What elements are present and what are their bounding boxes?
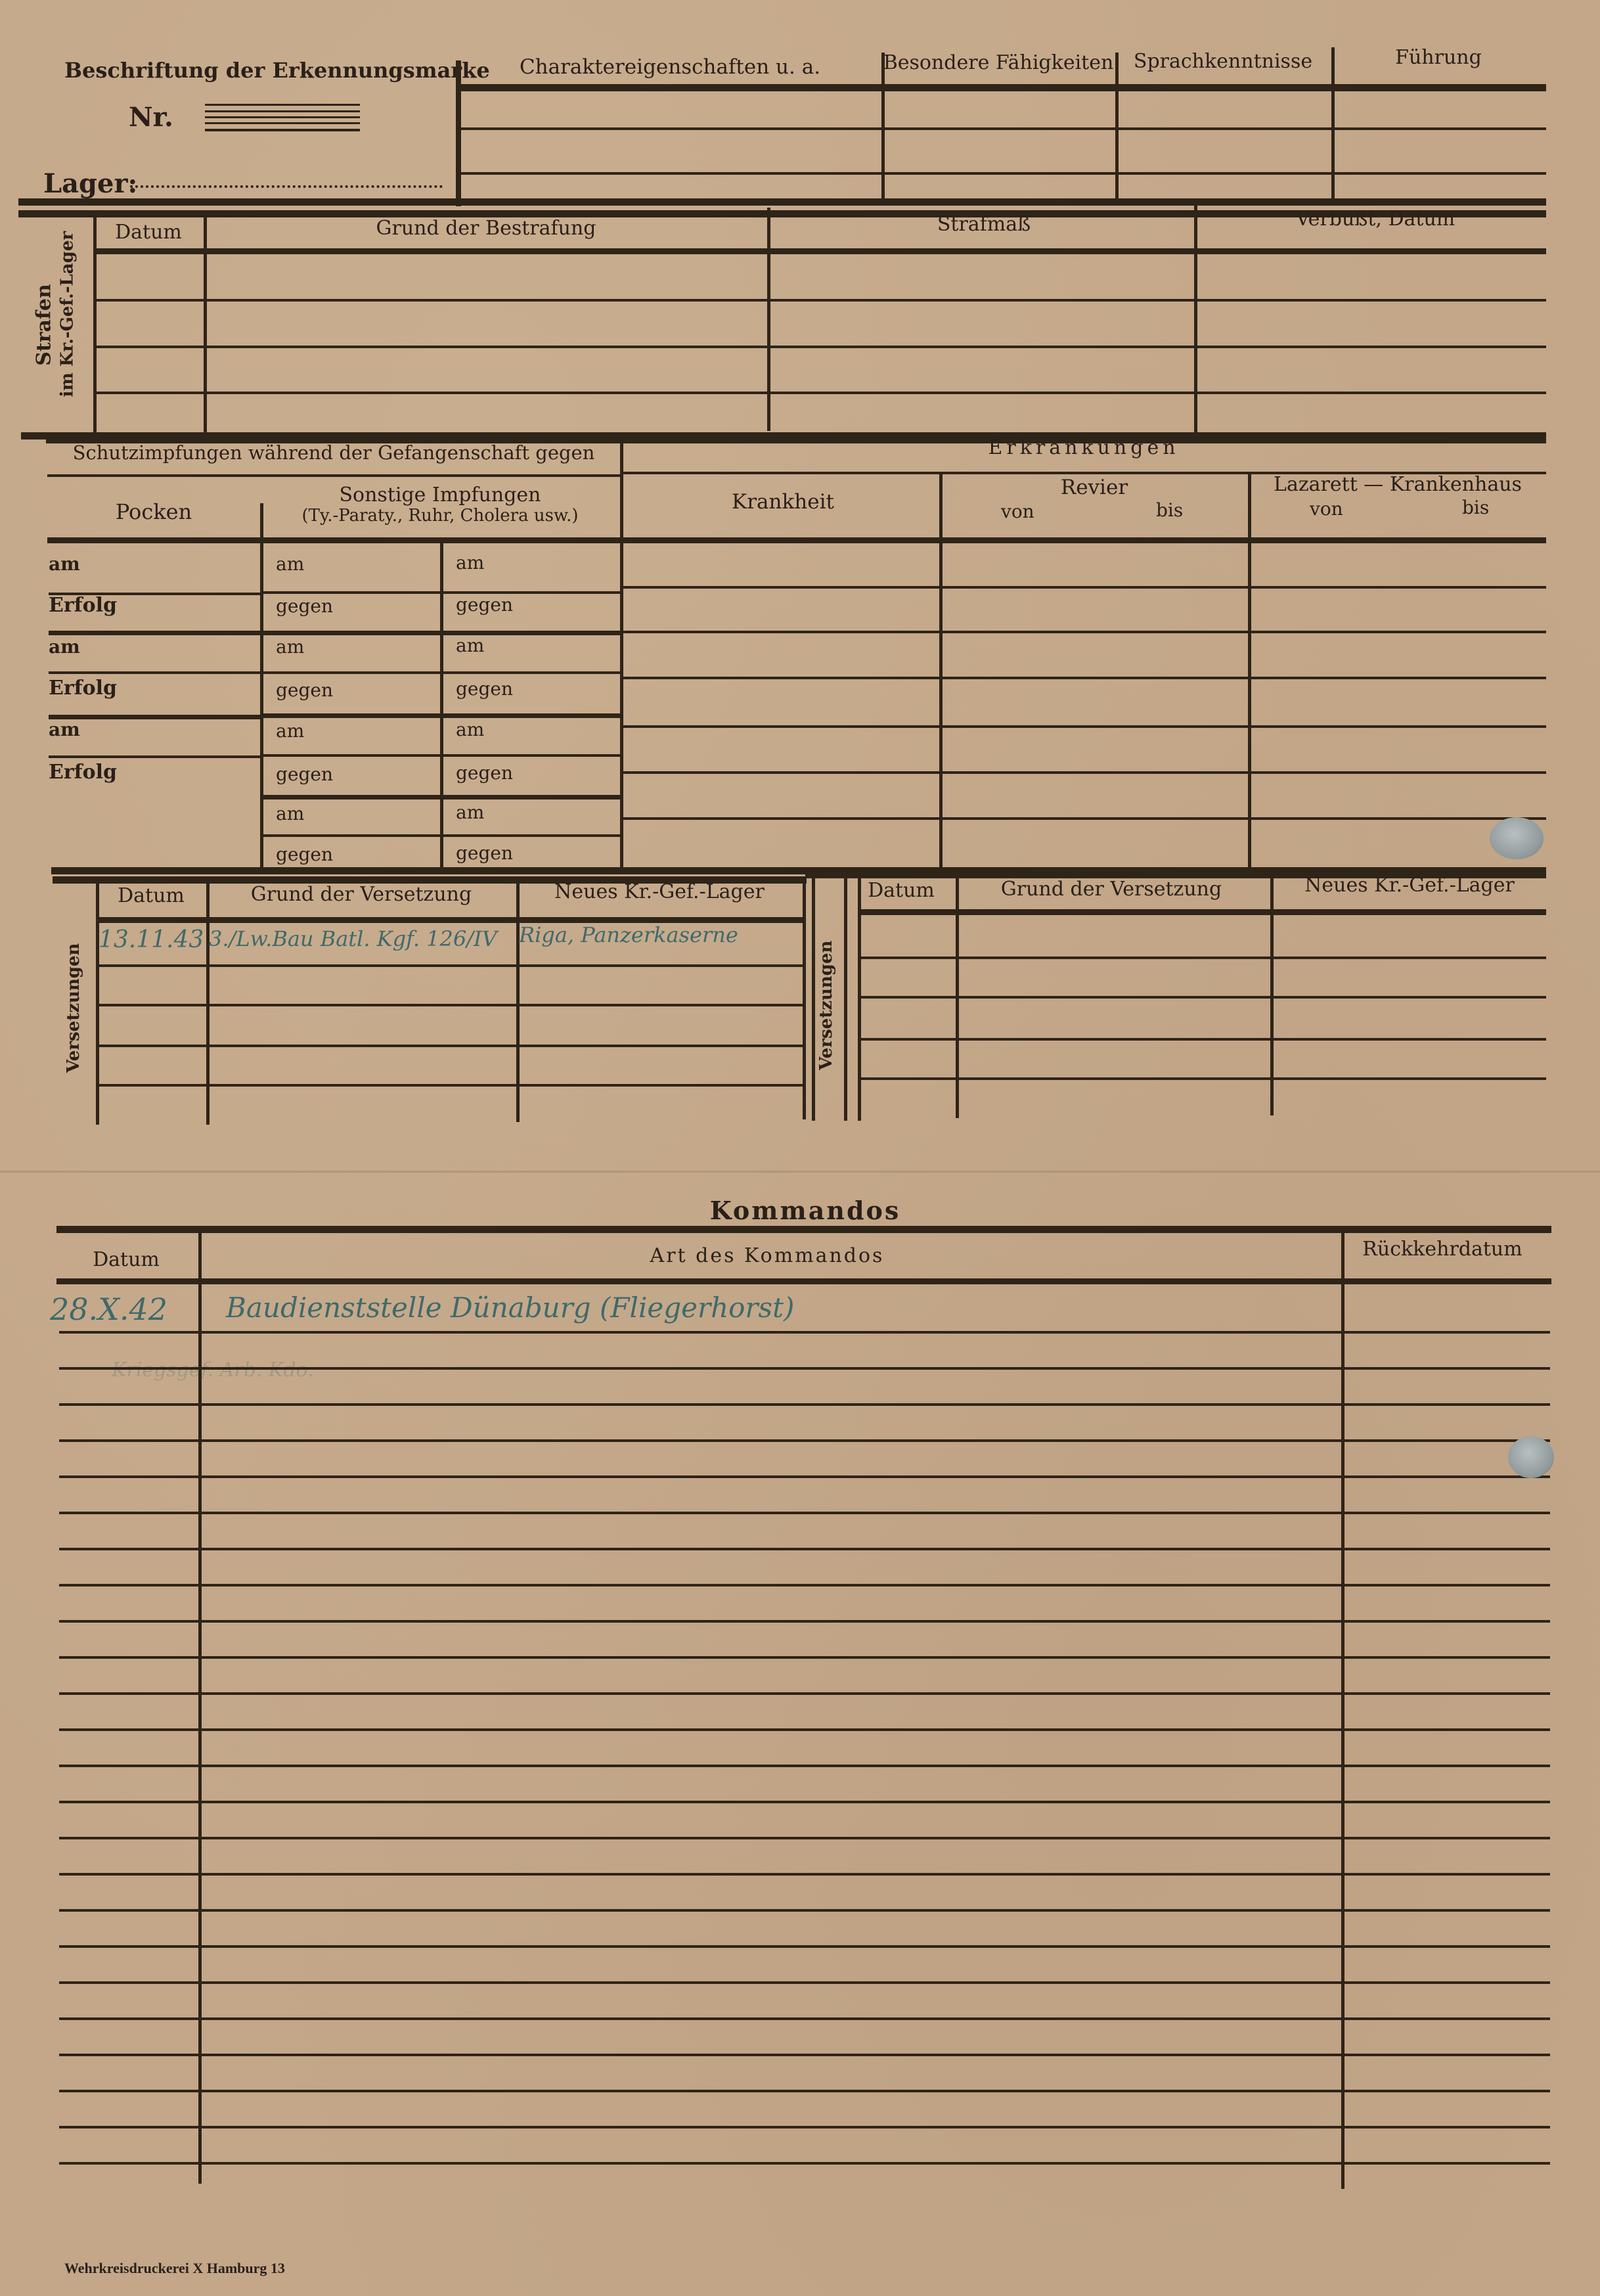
col-sprachkenntnisse: Sprachkenntnisse: [1134, 50, 1312, 73]
pocken-row-erfolg-3: Erfolg: [49, 761, 117, 784]
strafen-side-label-line1: Strafen: [33, 284, 56, 366]
versetzungen-row-line: [99, 1084, 803, 1087]
revier-label: Revier: [1061, 476, 1128, 499]
sonstige-a-am-3: am: [276, 720, 304, 742]
kommandos-title: Kommandos: [710, 1196, 901, 1225]
pocken-row-erfolg-1: Erfolg: [49, 594, 117, 617]
kommandos-row-line: [59, 1367, 1550, 1370]
erkrankungen-row-line: [623, 677, 1546, 679]
lager-label: Lager:: [43, 168, 137, 199]
lazarett-von-label: von: [1310, 498, 1343, 520]
printer-imprint: Wehrkreisdruckerei X Hamburg 13: [64, 2260, 285, 2277]
versetzungen-row-line: [860, 1038, 1546, 1041]
versetzungen-row-line: [99, 1004, 803, 1006]
versetzungen-right-col-datum: Datum: [868, 879, 935, 902]
kommandos-row-line: [59, 1837, 1550, 1839]
punch-hole-icon: [1490, 817, 1544, 859]
sonstige-b-gegen-1: gegen: [456, 594, 513, 616]
pocken-row-am-1: am: [49, 553, 80, 575]
kommandos-row-line: [59, 1945, 1550, 1948]
erkrankungen-title: Erkrankungen: [988, 436, 1179, 459]
header-row-line: [460, 172, 1546, 175]
sonstige-label-line1: Sonstige Impfungen: [339, 484, 541, 506]
versetzungen-row-line: [860, 996, 1546, 999]
strafen-side-label-line2: im Kr.-Gef.-Lager: [58, 231, 78, 397]
sonstige-b-gegen-3: gegen: [456, 762, 513, 784]
lazarett-bis-label: bis: [1462, 497, 1489, 518]
kommandos-row-line: [59, 1728, 1550, 1731]
sonstige-a-gegen-3: gegen: [276, 763, 333, 785]
revier-bis-label: bis: [1156, 499, 1183, 521]
sonstige-a-gegen-1: gegen: [276, 595, 333, 617]
erkrankungen-row-line: [623, 771, 1546, 774]
pocken-row-erfolg-2: Erfolg: [49, 677, 117, 700]
punch-hole-icon: [1508, 1436, 1554, 1478]
strafen-row-line: [95, 392, 1546, 394]
sonstige-b-am-4: am: [456, 801, 484, 823]
kommandos-row-line: [59, 1656, 1550, 1659]
kommandos-row-line: [59, 2126, 1550, 2128]
krankheit-label: Krankheit: [732, 490, 834, 514]
kommandos-col-art: Art des Kommandos: [650, 1244, 885, 1267]
pocken-row-am-3: am: [49, 719, 80, 740]
kommandos-row-line: [59, 1873, 1550, 1876]
kommandos-col-rueckkehr: Rückkehrdatum: [1362, 1238, 1522, 1261]
versetzungen-left-col-datum: Datum: [118, 884, 185, 907]
versetzungen-row-line: [99, 964, 803, 967]
sonstige-a-gegen-4: gegen: [276, 844, 333, 865]
kommandos-row-line: [59, 2017, 1550, 2020]
strafen-col-grund: Grund der Bestrafung: [376, 217, 596, 240]
col-fuehrung: Führung: [1395, 46, 1482, 69]
strafen-row-line: [95, 346, 1546, 348]
versetzungen-right-col-grund: Grund der Versetzung: [1001, 878, 1222, 901]
pocken-row-am-2: am: [49, 636, 80, 658]
versetzungen-left-col-lager: Neues Kr.-Gef.-Lager: [554, 880, 765, 903]
kommandos-row-line: [59, 1801, 1550, 1803]
versetzungen-row-line: [99, 1045, 803, 1047]
kommandos-row-line: [59, 1403, 1550, 1406]
strafen-col-verbuesst: Verbüßt, Datum: [1296, 208, 1455, 231]
kommandos-row-line: [59, 1620, 1550, 1623]
erkennungsmarke-label: Beschriftung der Erkennungsmarke: [64, 58, 490, 83]
impfungen-title: Schutzimpfungen während der Gefangenscha…: [73, 441, 595, 464]
erkrankungen-row-line: [623, 631, 1546, 633]
kommandos-row-line: [59, 1475, 1550, 1478]
strafen-col-datum: Datum: [115, 221, 182, 244]
kommandos-row-line: [59, 1439, 1550, 1442]
versetzungen-left-side-label: Versetzungen: [64, 955, 83, 1073]
erkrankungen-row-line: [623, 817, 1546, 820]
pocken-label: Pocken: [116, 499, 192, 524]
revier-von-label: von: [1001, 501, 1034, 522]
kommandos-col-datum: Datum: [93, 1248, 160, 1271]
sonstige-a-am-4: am: [276, 803, 304, 824]
strafen-row-line: [95, 299, 1546, 302]
sonstige-b-gegen-2: gegen: [456, 678, 513, 700]
kommando-entry-art: Baudienststelle Dünaburg (Fliegerhorst): [226, 1292, 794, 1324]
versetzung-entry-lager: Riga, Panzerkaserne: [519, 922, 738, 947]
kommandos-row-line: [59, 2054, 1550, 2056]
kommandos-row-line: [59, 1909, 1550, 1912]
erkrankungen-row-line: [623, 586, 1546, 589]
sonstige-b-am-3: am: [456, 719, 484, 740]
versetzungen-left-col-grund: Grund der Versetzung: [251, 883, 472, 906]
kommandos-row-line: [59, 1981, 1550, 1984]
kommandos-row-line: [59, 1331, 1550, 1334]
versetzungen-row-line: [860, 957, 1546, 959]
kommandos-row-line: [59, 2162, 1550, 2165]
kommandos-row-line: [59, 1765, 1550, 1767]
versetzungen-right-col-lager: Neues Kr.-Gef.-Lager: [1304, 874, 1515, 897]
versetzungen-right-side-label: Versetzungen: [816, 952, 836, 1070]
sonstige-b-am-2: am: [456, 635, 484, 656]
kommandos-row-line: [59, 1512, 1550, 1514]
strafen-col-strafmass: Strafmaß: [937, 213, 1031, 236]
col-besondere-faehigkeiten: Besondere Fähigkeiten: [883, 51, 1114, 74]
kommandos-row-line: [59, 1548, 1550, 1550]
versetzung-entry-datum: 13.11.43: [99, 926, 204, 953]
sonstige-b-gegen-4: gegen: [456, 842, 513, 864]
header-row-line: [460, 127, 1546, 130]
nr-field[interactable]: [205, 104, 360, 133]
sonstige-label-line2: (Ty.-Paraty., Ruhr, Cholera usw.): [301, 506, 578, 526]
paper-fold: [0, 1171, 1600, 1173]
erkrankungen-row-line: [623, 725, 1546, 728]
kommandos-row-line: [59, 2090, 1550, 2092]
sonstige-a-am-1: am: [276, 553, 304, 575]
col-charaktereigenschaften: Charaktereigenschaften u. a.: [520, 55, 820, 79]
lazarett-label: Lazarett — Krankenhaus: [1274, 473, 1522, 496]
kommandos-row-line: [59, 1584, 1550, 1587]
lager-field[interactable]: [130, 185, 443, 188]
kommando-faded-stamp: Kriegsgef. Arb. Kdo.: [112, 1359, 314, 1382]
nr-label: Nr.: [129, 102, 173, 133]
strafen-side-label: Strafen im Kr.-Gef.-Lager: [33, 253, 79, 397]
sonstige-b-am-1: am: [456, 552, 484, 574]
versetzung-entry-grund: 3./Lw.Bau Batl. Kgf. 126/IV: [209, 926, 497, 951]
kommandos-row-line: [59, 1692, 1550, 1695]
sonstige-a-am-2: am: [276, 636, 304, 658]
kommando-entry-datum: 28.X.42: [50, 1292, 167, 1327]
versetzungen-row-line: [860, 1077, 1546, 1080]
sonstige-a-gegen-2: gegen: [276, 679, 333, 701]
